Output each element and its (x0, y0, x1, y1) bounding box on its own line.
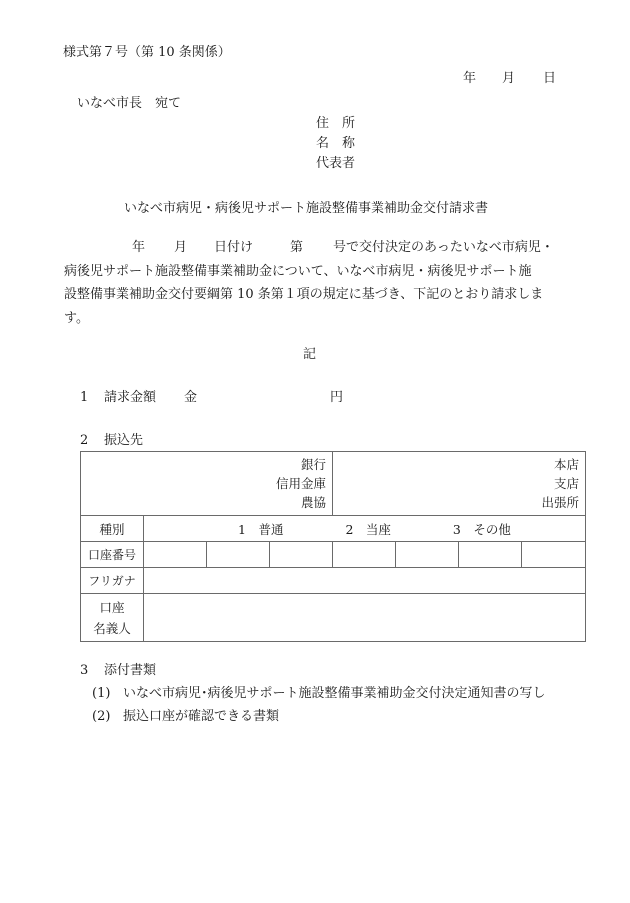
date-year: 年 (463, 71, 476, 86)
amount-prefix: 金 (184, 390, 197, 406)
address-label: 住 所 (316, 116, 355, 132)
attachment-item: (1) いなべ市病児･病後児サポート施設整備事業補助金交付決定通知書の写し (92, 686, 110, 702)
account-kind-options[interactable]: 1 普通 2 当座 3 その他 (144, 516, 586, 542)
institution-row: 銀行 信用金庫 農協 本店 支店 出張所 (81, 452, 586, 516)
institution-name-cell[interactable]: 銀行 信用金庫 農協 (81, 452, 333, 516)
attachment-item: (2) 振込口座が確認できる書類 (92, 709, 110, 725)
body-paragraph: 年 月 日付け 第 号で交付決定のあったいなべ市病児・ 病後児サポート施設整備事… (64, 236, 564, 330)
date-line: 年 月 日 (463, 71, 476, 87)
ki-heading: 記 (303, 347, 316, 363)
account-number-label: 口座番号 (81, 542, 144, 568)
body-line-2: 病後児サポート施設整備事業補助金について、いなべ市病児・病後児サポート施 (64, 260, 564, 284)
section-3-heading: 3 添付書類 (80, 663, 88, 679)
furigana-cell[interactable] (144, 568, 586, 594)
amount-suffix: 円 (330, 390, 343, 406)
section-1-number: 1 (80, 390, 88, 405)
account-holder-label: 口座 名義人 (81, 594, 144, 642)
attachment-item-number: (1) (92, 686, 110, 701)
account-holder-cell[interactable] (144, 594, 586, 642)
account-digit-cell[interactable] (207, 542, 270, 568)
addressee: いなべ市長 宛て (77, 96, 181, 112)
account-digit-cell[interactable] (522, 542, 586, 568)
name-label: 名 称 (316, 136, 355, 152)
account-holder-row: 口座 名義人 (81, 594, 586, 642)
section-2-number: 2 (80, 433, 88, 448)
representative-label: 代表者 (316, 156, 355, 172)
account-digit-cell[interactable] (459, 542, 522, 568)
body-line-1: 年 月 日付け 第 号で交付決定のあったいなべ市病児・ (64, 236, 564, 260)
date-month: 月 (502, 71, 515, 87)
bank-transfer-table: 銀行 信用金庫 農協 本店 支店 出張所 種別 1 普通 2 当座 3 その他 … (80, 451, 586, 642)
attachment-item-number: (2) (92, 709, 110, 724)
furigana-label: フリガナ (81, 568, 144, 594)
account-digit-cell[interactable] (144, 542, 207, 568)
section-1: 1 請求金額 金 円 (80, 390, 88, 406)
account-kind-label: 種別 (81, 516, 144, 542)
kind-option-current[interactable]: 2 当座 (345, 520, 390, 538)
section-3-label: 添付書類 (104, 663, 156, 679)
branch-name-cell[interactable]: 本店 支店 出張所 (333, 452, 586, 516)
section-2-heading: 2 振込先 (80, 433, 88, 449)
body-line-4: す。 (64, 307, 564, 331)
date-day: 日 (543, 71, 556, 87)
form-number: 様式第７号（第 10 条関係） (63, 45, 231, 61)
account-kind-row: 種別 1 普通 2 当座 3 その他 (81, 516, 586, 542)
section-1-label: 請求金額 (104, 390, 156, 406)
kind-option-ordinary[interactable]: 1 普通 (238, 520, 283, 538)
attachment-item-text: 振込口座が確認できる書類 (123, 709, 279, 725)
document-title: いなべ市病児・病後児サポート施設整備事業補助金交付請求書 (124, 201, 488, 217)
account-digit-cell[interactable] (270, 542, 333, 568)
section-3-number: 3 (80, 663, 88, 678)
furigana-row: フリガナ (81, 568, 586, 594)
account-digit-cell[interactable] (396, 542, 459, 568)
kind-option-other[interactable]: 3 その他 (453, 520, 511, 538)
account-number-row: 口座番号 (81, 542, 586, 568)
body-line-3: 設整備事業補助金交付要綱第 10 条第１項の規定に基づき、下記のとおり請求しま (64, 283, 564, 307)
attachment-item-text: いなべ市病児･病後児サポート施設整備事業補助金交付決定通知書の写し (123, 686, 546, 702)
account-digit-cell[interactable] (333, 542, 396, 568)
section-2-label: 振込先 (104, 433, 143, 449)
